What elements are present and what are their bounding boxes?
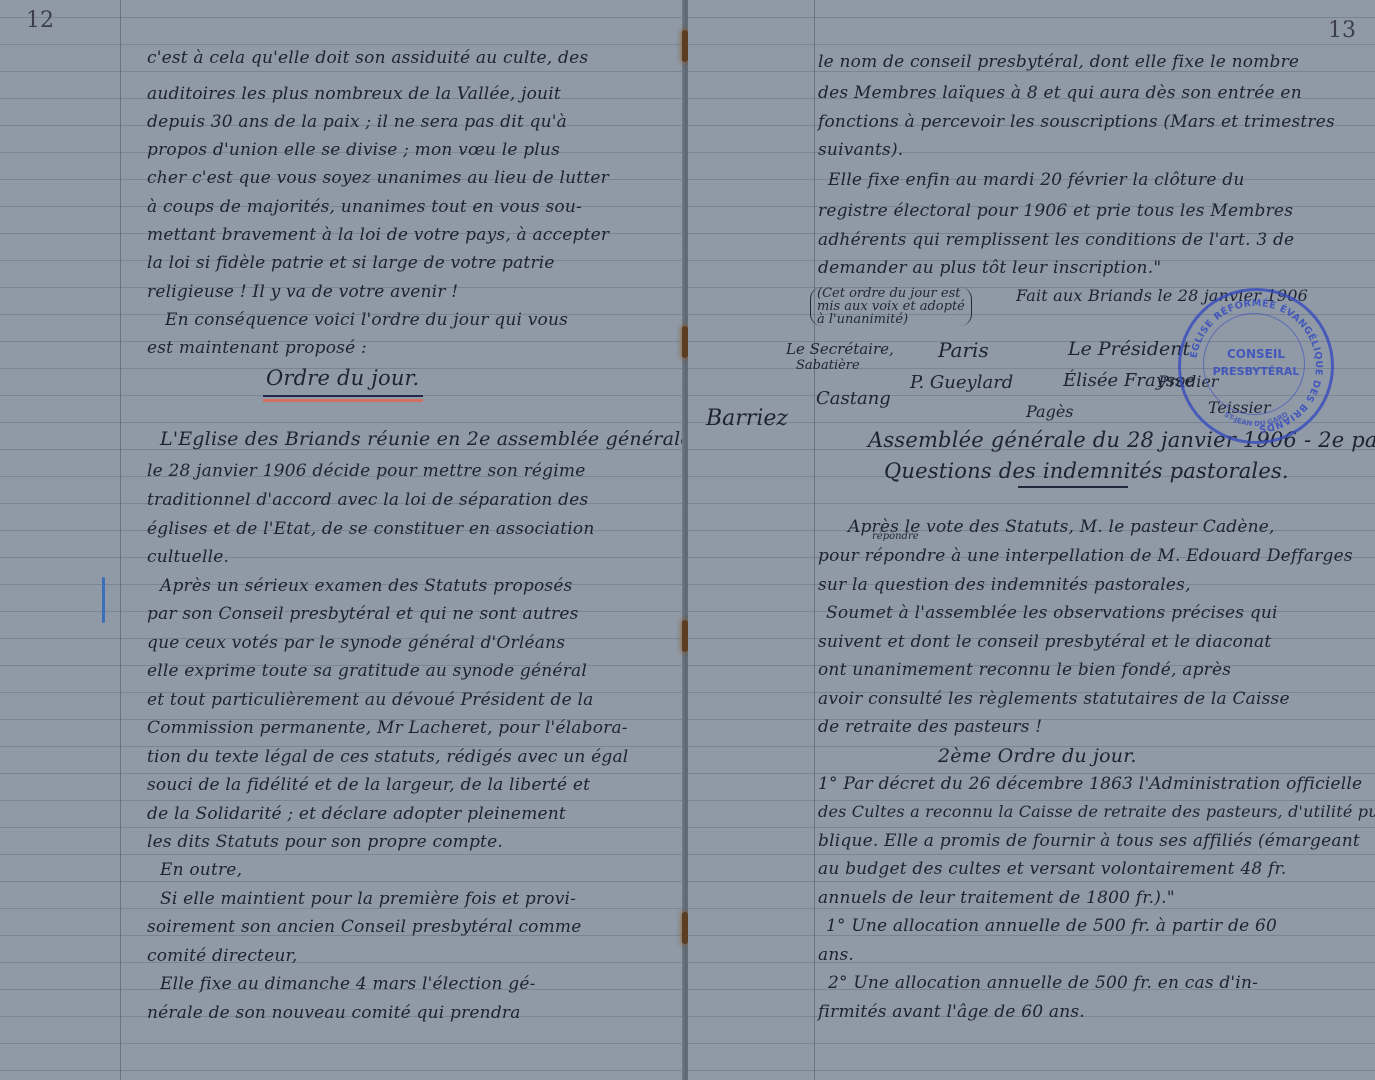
signature: Barriez [706,406,788,431]
text-line: registre électoral pour 1906 et prie tou… [818,201,1293,221]
text-line: cher c'est que vous soyez unanimes au li… [147,168,609,188]
title-underline [1018,486,1128,488]
right-page-text: le nom de conseil presbytéral, dont elle… [688,0,1375,1080]
text-line: religieuse ! Il y va de votre avenir ! [147,282,458,302]
text-line: nérale de son nouveau comité qui prendra [147,1003,521,1023]
text-line: pour répondre à une interpellation de M.… [818,546,1353,566]
secretary-label: Le Secrétaire, [786,340,894,358]
text-line: traditionnel d'accord avec la loi de sép… [147,490,588,510]
text-line: Elle fixe enfin au mardi 20 février la c… [828,170,1245,190]
text-line: blique. Elle a promis de fournir à tous … [818,831,1360,851]
text-line: des Membres laïques à 8 et qui aura dès … [818,83,1302,103]
text-line: mettant bravement à la loi de votre pays… [147,225,609,245]
text-line: 1° Une allocation annuelle de 500 fr. à … [826,916,1277,936]
section-heading: Ordre du jour. [266,366,419,390]
text-line: firmités avant l'âge de 60 ans. [818,1002,1085,1022]
text-line: elle exprime toute sa gratitude au synod… [147,661,587,681]
text-line: En conséquence voici l'ordre du jour qui… [165,310,568,330]
text-line: avoir consulté les règlements statutaire… [818,689,1290,709]
text-line: à coups de majorités, unanimes tout en v… [147,197,582,217]
text-line: de la Solidarité ; et déclare adopter pl… [147,804,566,824]
margin-note: (Cet ordre du jour est mis aux voix et a… [810,287,972,326]
text-line: souci de la fidélité et de la largeur, d… [147,775,590,795]
text-line: 1° Par décret du 26 décembre 1863 l'Admi… [818,774,1362,794]
text-line: cultuelle. [147,547,229,567]
signature: Castang [816,388,891,409]
text-line: adhérents qui remplissent les conditions… [818,230,1294,250]
left-page-text: c'est à cela qu'elle doit son assiduité … [0,0,684,1080]
church-council-stamp: ÉGLISE RÉFORMÉE ÉVANGÉLIQUE DES BRIANDS … [1178,288,1334,444]
text-line: propos d'union elle se divise ; mon vœu … [147,140,560,160]
text-line: est maintenant proposé : [147,338,367,358]
text-line: de retraite des pasteurs ! [818,717,1042,737]
text-line: que ceux votés par le synode général d'O… [147,633,565,653]
text-line: fonctions à percevoir les souscriptions … [818,112,1335,132]
text-line: tion du texte légal de ces statuts, rédi… [147,747,628,767]
text-line: églises et de l'Etat, de se constituer e… [147,519,594,539]
signature: Pagès [1026,402,1074,421]
text-line: et tout particulièrement au dévoué Prési… [147,690,593,710]
text-line: suivants). [818,140,903,160]
text-line: c'est à cela qu'elle doit son assiduité … [147,48,588,68]
text-line: Soumet à l'assemblée les observations pr… [826,603,1278,623]
signature: P. Gueylard [910,372,1013,393]
text-line: sur la question des indemnités pastorale… [818,575,1191,595]
text-line: Elle fixe au dimanche 4 mars l'élection … [160,974,536,994]
text-line: depuis 30 ans de la paix ; il ne sera pa… [147,112,567,132]
text-line: 2° Une allocation annuelle de 500 fr. en… [828,973,1258,993]
text-line: des Cultes a reconnu la Caisse de retrai… [818,802,1375,821]
right-page: 13 le nom de conseil presbytéral, dont e… [688,0,1375,1080]
text-line: comité directeur, [147,946,298,966]
text-line: la loi si fidèle patrie et si large de v… [147,253,555,273]
text-line: auditoires les plus nombreux de la Vallé… [147,84,561,104]
text-line: le nom de conseil presbytéral, dont elle… [818,52,1299,72]
text-line: demander au plus tôt leur inscription." [818,258,1161,278]
text-line: annuels de leur traitement de 1800 fr.).… [818,888,1175,908]
stamp-center-line: CONSEIL [1181,347,1331,361]
text-line: soirement son ancien Conseil presbytéral… [147,917,582,937]
text-line: L'Eglise des Briands réunie en 2e assemb… [160,428,692,450]
text-line: suivent et dont le conseil presbytéral e… [818,632,1271,652]
section-title: Questions des indemnités pastorales. [884,459,1289,483]
signature: Paris [938,338,989,362]
text-line: ans. [818,945,854,965]
section-heading: 2ème Ordre du jour. [938,745,1137,767]
inserted-word: répondre [872,530,919,543]
text-line: les dits Statuts pour son propre compte. [147,832,503,852]
text-line: au budget des cultes et versant volontai… [818,859,1287,879]
text-line: le 28 janvier 1906 décide pour mettre so… [147,461,585,481]
left-page: 12 c'est à cela qu'elle doit son assidui… [0,0,684,1080]
text-line: Si elle maintient pour la première fois … [160,889,576,909]
text-line: En outre, [160,860,242,880]
margin-note-line: à l'unanimité) [817,313,965,326]
signature: Sabatière [796,358,860,373]
text-line: Après un sérieux examen des Statuts prop… [160,576,573,596]
text-line: ont unanimement reconnu le bien fondé, a… [818,660,1231,680]
president-label: Le Président [1068,338,1190,360]
text-line: par son Conseil presbytéral et qui ne so… [147,604,579,624]
stamp-center-line: PRESBYTÉRAL [1181,365,1331,378]
text-line: Commission permanente, Mr Lacheret, pour… [147,718,628,738]
